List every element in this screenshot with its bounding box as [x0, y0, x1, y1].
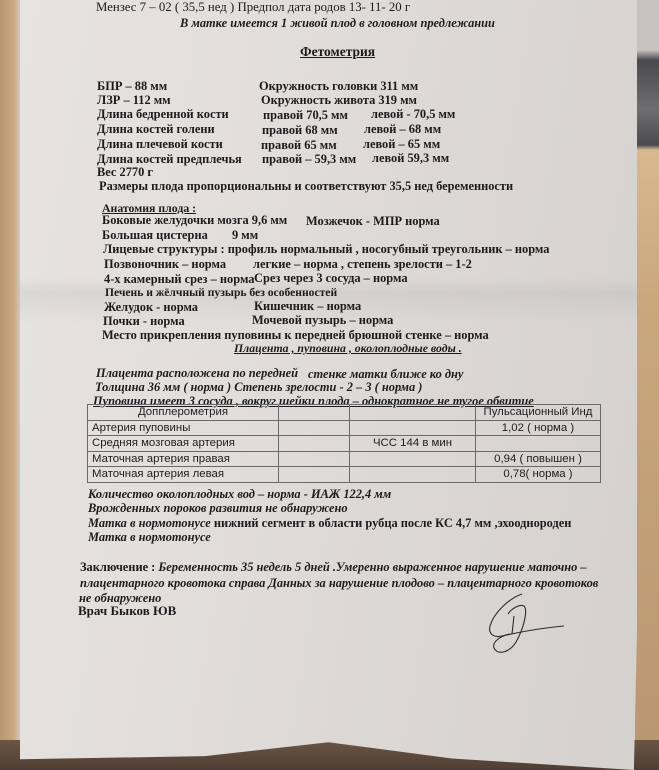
- conclusion-text-1: Беременность 35 недель 5 дней .Умеренно …: [155, 560, 586, 574]
- fetometry-conclusion: Размеры плода пропорциональны и соответс…: [99, 179, 513, 193]
- fetometry-forearm-label: Длина костей предплечья: [97, 152, 242, 166]
- doppler-cell-hr: [350, 467, 476, 483]
- fetometry-forearm-right: правой – 59,3 мм: [262, 152, 356, 166]
- anatomy-liver: Печень и жёлчный пузырь без особенностей: [105, 286, 337, 300]
- doppler-header-row: Допплерометрия Пульсационный Инд: [88, 405, 601, 421]
- fetometry-head-circ: Окружность головки 311 мм: [259, 79, 418, 93]
- doppler-cell-name: Маточная артерия правая: [88, 451, 279, 467]
- background-surface-right: [635, 0, 659, 770]
- anatomy-ventricles: Боковые желудочки мозга 9,6 мм: [102, 213, 287, 227]
- anatomy-cerebellum: Мозжечок - МПР норма: [306, 214, 440, 228]
- fetometry-abd-circ: Окружность живота 319 мм: [261, 93, 417, 107]
- anatomy-kidneys: Почки - норма: [103, 314, 185, 328]
- fetometry-femur-left: левой - 70,5 мм: [371, 107, 455, 121]
- conclusion-line-2: плацентарного кровотока справа Данных за…: [80, 576, 598, 590]
- anatomy-cistern-label: Большая цистерна: [102, 228, 208, 242]
- doppler-header-hr: [350, 405, 476, 421]
- doppler-cell-blank: [279, 467, 350, 483]
- fetometry-title: Фетометрия: [300, 45, 375, 59]
- defects-line: Врожденных пороков развития не обнаружен…: [88, 501, 348, 515]
- doppler-cell-pi: 1,02 ( норма ): [476, 420, 601, 436]
- doppler-header-pi: Пульсационный Инд: [476, 405, 601, 421]
- placenta-location-b: стенке матки ближе ко дну: [308, 367, 463, 381]
- doppler-cell-name: Артерия пуповины: [88, 420, 279, 436]
- doppler-cell-hr: ЧСС 144 в мин: [350, 436, 476, 452]
- doppler-cell-blank: [279, 420, 350, 436]
- doppler-cell-hr: [350, 451, 476, 467]
- fetometry-tibia-right: правой 68 мм: [262, 123, 338, 137]
- fetometry-humerus-right: правой 65 мм: [261, 138, 337, 152]
- doppler-header-name: Допплерометрия: [88, 405, 279, 421]
- fetometry-forearm-left: левой 59,3 мм: [372, 151, 449, 165]
- fetometry-tibia-left: левой – 68 мм: [364, 122, 441, 136]
- anatomy-lungs: легкие – норма , степень зрелости – 1-2: [253, 257, 472, 271]
- anatomy-bowel: Кишечник – норма: [254, 299, 361, 313]
- doppler-cell-pi: 0,94 ( повышен ): [476, 451, 601, 467]
- amniotic-fluid: Количество околоплодных вод – норма - ИА…: [88, 487, 391, 501]
- uterus-line: Матка в нормотонусе нижний сегмент в обл…: [88, 516, 571, 530]
- fetometry-humerus-label: Длина плечевой кости: [97, 137, 223, 151]
- table-row: Средняя мозговая артерия ЧСС 144 в мин: [88, 436, 601, 452]
- fetometry-tibia-label: Длина костей голени: [97, 122, 215, 136]
- doppler-cell-name: Маточная артерия левая: [88, 467, 279, 483]
- anatomy-spine: Позвоночник – норма: [104, 257, 226, 271]
- fetometry-femur-label: Длина бедренной кости: [97, 107, 229, 121]
- placenta-thickness: Толщина 36 мм ( норма ) Степень зрелости…: [95, 380, 422, 394]
- uterus-scar: нижний сегмент в области рубца после КС …: [211, 516, 572, 530]
- fetometry-femur-right: правой 70,5 мм: [263, 108, 348, 122]
- anatomy-4chamber: 4-х камерный срез – норма: [104, 272, 255, 286]
- doctor-name: Врач Быков ЮВ: [78, 604, 176, 618]
- fetometry-weight: Вес 2770 г: [97, 165, 153, 179]
- anatomy-cistern-value: 9 мм: [232, 228, 258, 242]
- anatomy-cord-insertion: Место прикрепления пуповины к передней б…: [102, 328, 489, 342]
- conclusion-line-1: Заключение : Беременность 35 недель 5 дн…: [80, 560, 587, 574]
- presentation-line: В матке имеется 1 живой плод в головном …: [180, 16, 495, 30]
- table-row: Маточная артерия правая 0,94 ( повышен ): [88, 451, 601, 467]
- table-row: Маточная артерия левая 0,78( норма ): [88, 467, 601, 483]
- doppler-cell-blank: [279, 436, 350, 452]
- placenta-location-a: Плацента расположена по передней: [96, 366, 298, 380]
- fetometry-lzr: ЛЗР – 112 мм: [97, 93, 171, 107]
- fetometry-humerus-left: левой – 65 мм: [363, 137, 440, 151]
- doppler-header-blank: [279, 405, 350, 421]
- doppler-cell-name: Средняя мозговая артерия: [88, 436, 279, 452]
- uterus-tone-2: Матка в нормотонусе: [88, 530, 211, 544]
- anatomy-bladder: Мочевой пузырь – норма: [252, 313, 393, 327]
- doppler-cell-hr: [350, 420, 476, 436]
- placenta-title: Плацента , пуповина , околоплодные воды …: [234, 341, 462, 355]
- table-row: Артерия пуповины 1,02 ( норма ): [88, 420, 601, 436]
- menses-line: Мензес 7 – 02 ( 35,5 нед ) Предпол дата …: [96, 0, 410, 14]
- anatomy-stomach: Желудок - норма: [104, 300, 198, 314]
- doppler-cell-pi: 0,78( норма ): [476, 467, 601, 483]
- conclusion-label: Заключение :: [80, 560, 155, 574]
- doppler-cell-pi: [476, 436, 601, 452]
- fetometry-bpr: БПР – 88 мм: [97, 79, 167, 93]
- anatomy-face: Лицевые структуры : профиль нормальный ,…: [103, 242, 549, 256]
- doppler-table: Допплерометрия Пульсационный Инд Артерия…: [87, 404, 601, 483]
- signature-icon: [480, 590, 570, 660]
- doppler-cell-blank: [279, 451, 350, 467]
- uterus-tone: Матка в нормотонусе: [88, 516, 211, 530]
- anatomy-3vessel: Срез через 3 сосуда – норма: [254, 271, 408, 285]
